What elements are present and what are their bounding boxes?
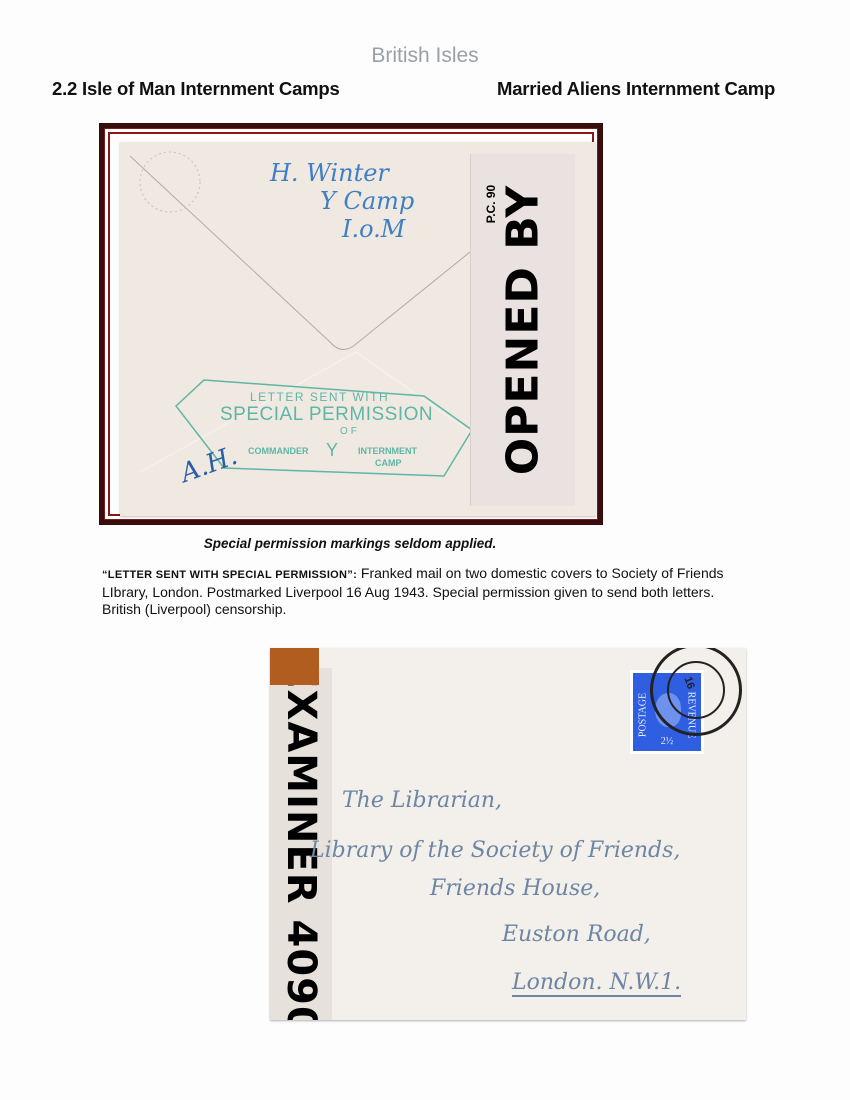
- handstamp-line-2: SPECIAL PERMISSION: [220, 404, 433, 426]
- postmark-inner-ring: [667, 661, 725, 719]
- censor-code: P.C. 90: [484, 185, 498, 223]
- frame-mat: H. Winter Y Camp I.o.M LETTER SENT WITH …: [108, 132, 594, 516]
- opened-by-censor-label: P.C. 90 OPENED BY: [470, 154, 575, 506]
- page-heading-right: Married Aliens Internment Camp: [497, 78, 775, 100]
- page-heading-left: 2.2 Isle of Man Internment Camps: [52, 78, 340, 100]
- section-title: British Isles: [0, 44, 850, 68]
- handstamp-camp: CAMP: [375, 458, 402, 468]
- cover-back-envelope: H. Winter Y Camp I.o.M LETTER SENT WITH …: [120, 142, 596, 516]
- cover-caption: Special permission markings seldom appli…: [0, 536, 700, 551]
- handstamp-camp-letter: Y: [326, 440, 338, 461]
- address-line-5: London. N.W.1.: [512, 970, 681, 997]
- address-line-2: Library of the Society of Friends,: [310, 838, 680, 863]
- stamp-value: 2½: [633, 736, 701, 747]
- handstamp-internment: INTERNMENT: [358, 446, 417, 456]
- sender-line-3: I.o.M: [342, 216, 405, 242]
- description-paragraph: “LETTER SENT WITH SPECIAL PERMISSION”: F…: [102, 565, 752, 618]
- description-lead: “LETTER SENT WITH SPECIAL PERMISSION”:: [102, 569, 357, 581]
- brown-tape: [270, 648, 319, 685]
- address-line-4: Euston Road,: [502, 922, 651, 947]
- handstamp-commander: COMMANDER: [248, 446, 309, 456]
- sender-line-2: Y Camp: [320, 188, 414, 214]
- handstamp-line-3: OF: [340, 426, 360, 437]
- cover-front-envelope: EXAMINER 4090 POSTAGE REVENUE 2½ 16 The …: [270, 648, 746, 1020]
- stamp-postage-label: POSTAGE: [638, 693, 649, 737]
- address-line-3: Friends House,: [430, 876, 600, 901]
- opened-by-text: OPENED BY: [498, 185, 549, 475]
- sender-line-1: H. Winter: [270, 160, 389, 186]
- handstamp-line-1: LETTER SENT WITH: [250, 390, 389, 404]
- postmark-circle: 16: [650, 648, 742, 736]
- address-line-1: The Librarian,: [342, 788, 502, 813]
- cover-frame: H. Winter Y Camp I.o.M LETTER SENT WITH …: [99, 123, 603, 525]
